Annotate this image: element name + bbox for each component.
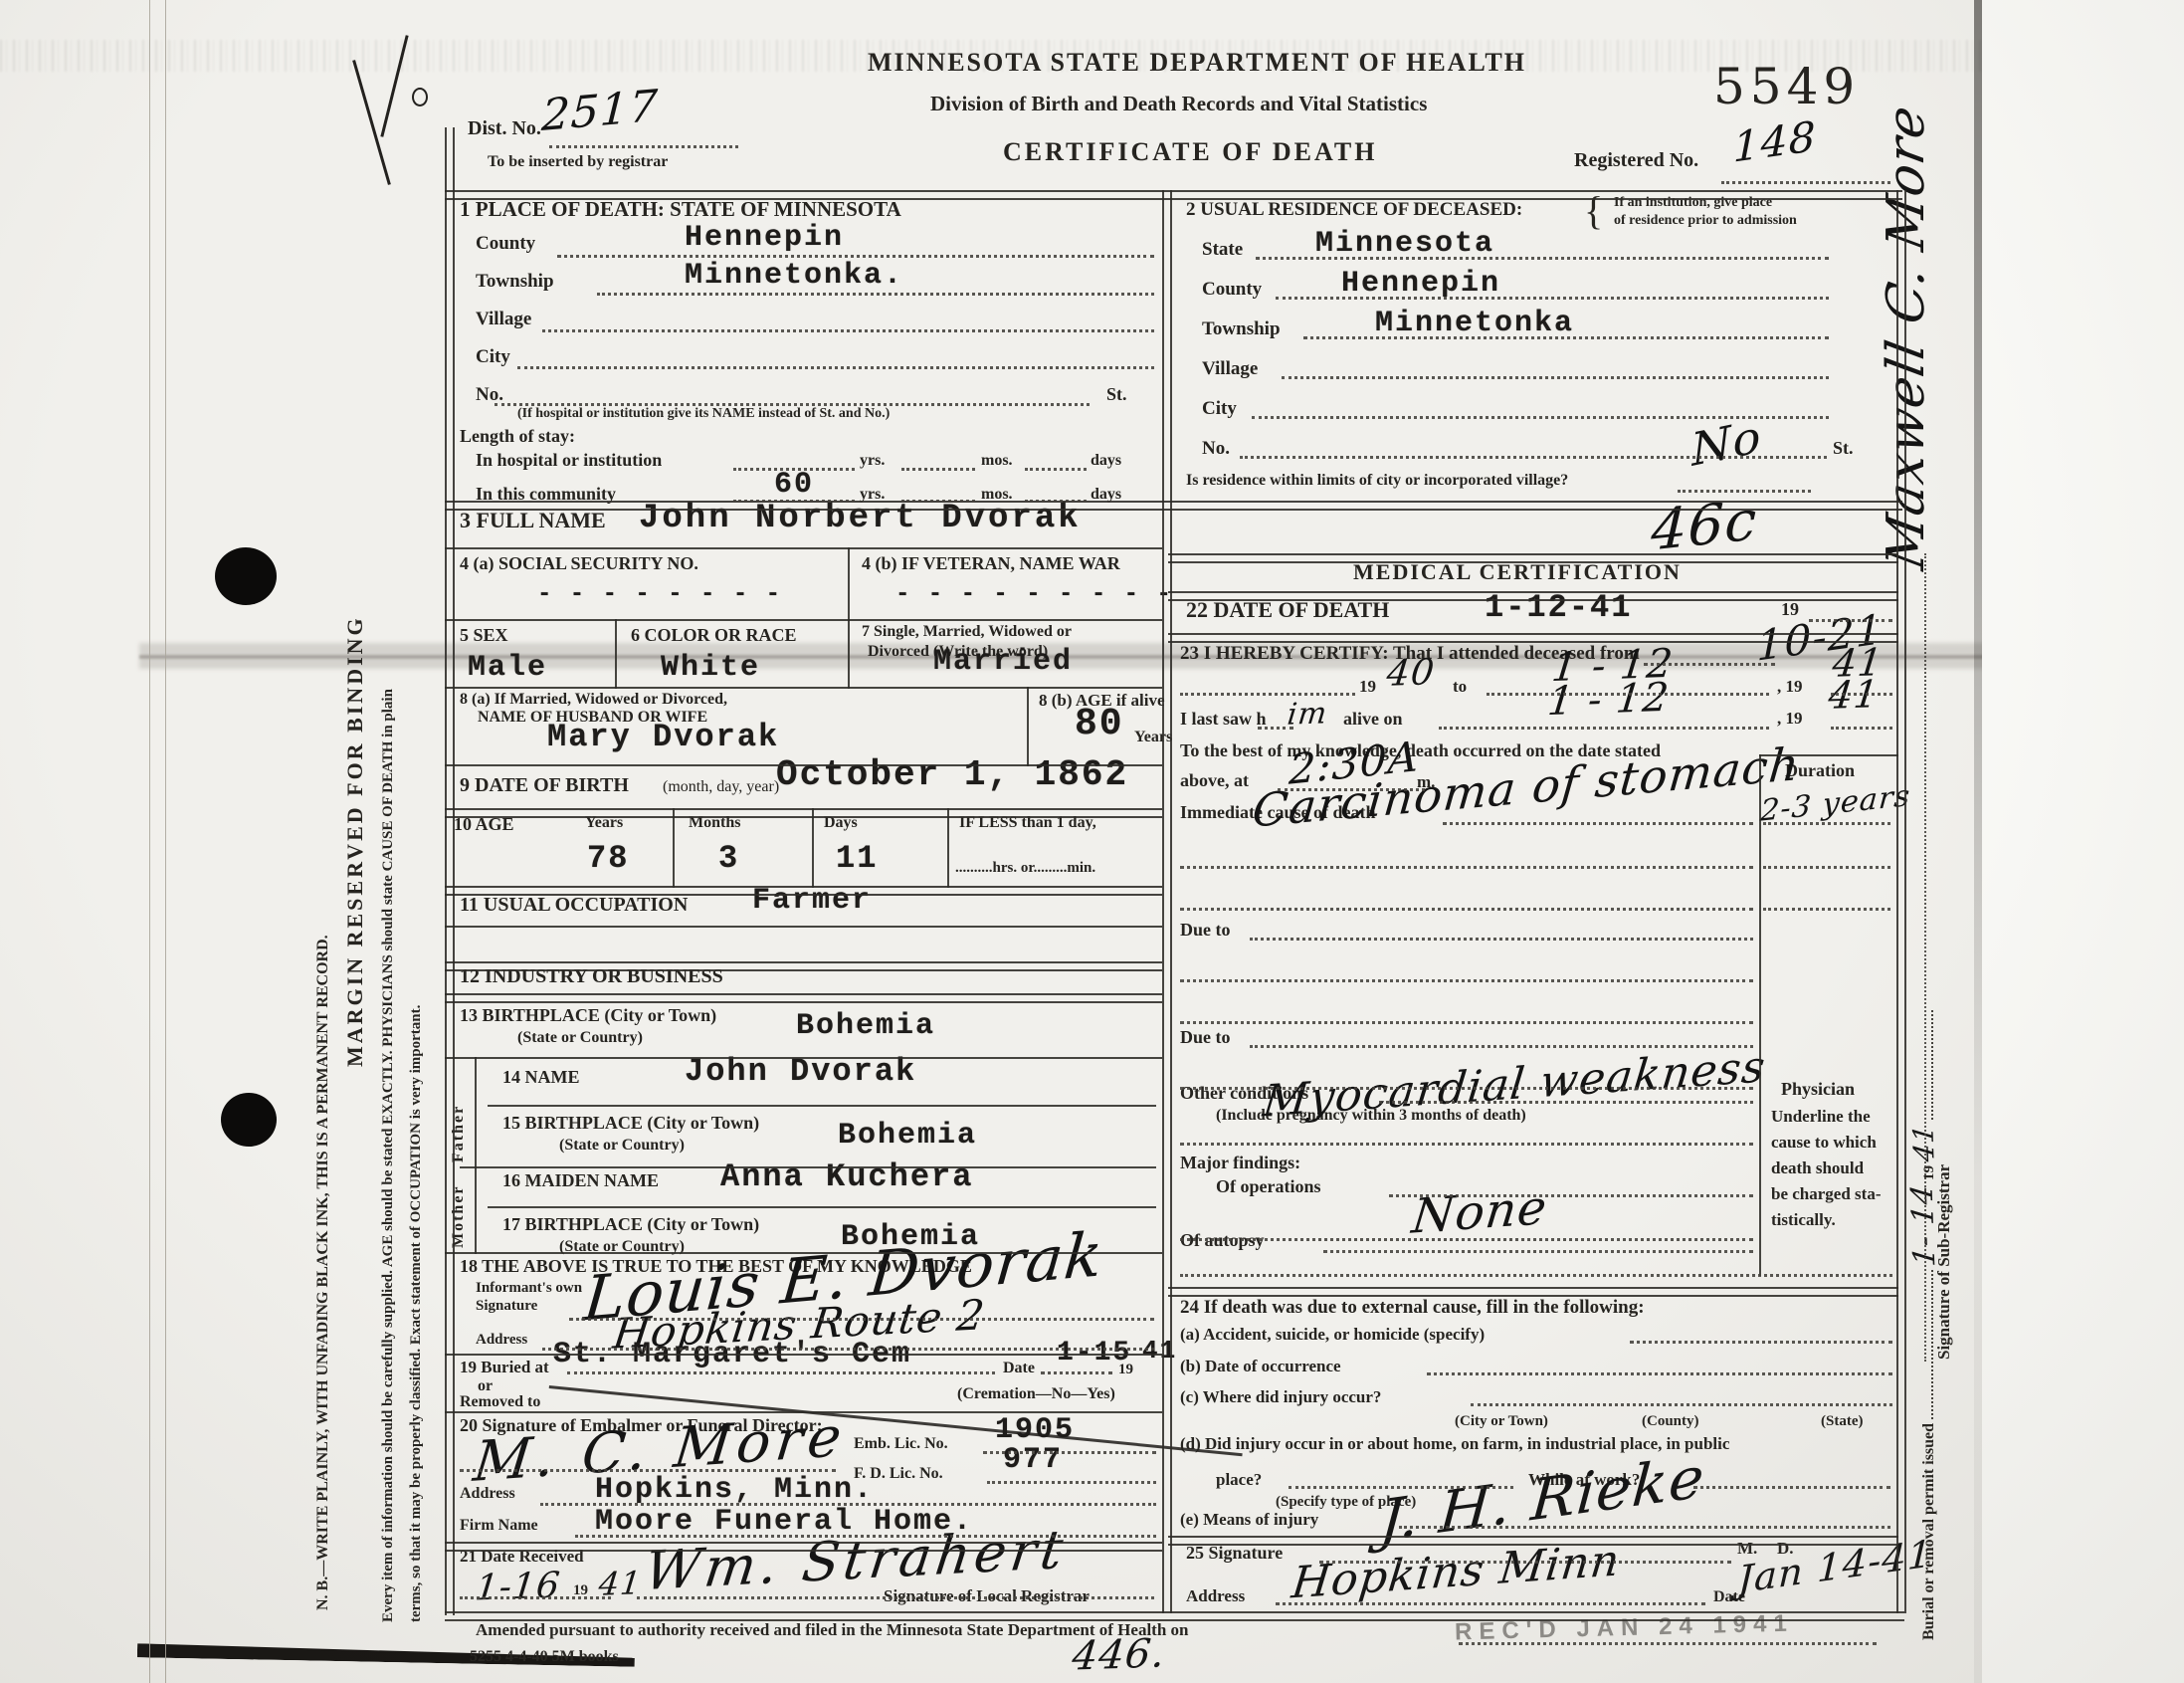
dotted-leader	[1379, 1101, 1753, 1104]
age-days-value: 11	[836, 840, 878, 877]
rule-line	[488, 1105, 1156, 1107]
rule-line	[445, 764, 1162, 766]
dotted-leader	[987, 1481, 1156, 1484]
dotted-leader	[540, 1503, 1156, 1506]
mother-bp-label: 17 BIRTHPLACE (City or Town)	[502, 1214, 759, 1235]
certificate-title: CERTIFICATE OF DEATH	[1003, 137, 1377, 167]
dotted-leader	[1252, 416, 1829, 419]
certificate-number: 5549	[1713, 58, 1860, 115]
embalmer-address-label: Address	[460, 1485, 515, 1503]
dotted-leader	[733, 500, 855, 503]
father-bp-label: 15 BIRTHPLACE (City or Town)	[502, 1113, 759, 1134]
rule-line	[445, 501, 1902, 511]
dotted-leader	[1180, 1087, 1753, 1090]
dotted-leader	[1276, 1602, 1705, 1605]
age-hrs-min: ..........hrs. or.........min.	[955, 860, 1095, 877]
pod-st-label: St.	[1106, 384, 1127, 405]
rule-vline	[848, 619, 850, 689]
due-to-label-1: Due to	[1180, 920, 1231, 941]
ssn-label: 4 (a) SOCIAL SECURITY NO.	[460, 553, 698, 574]
firm-name-label: Firm Name	[460, 1517, 538, 1535]
dotted-leader	[1471, 1403, 1892, 1406]
dotted-leader	[733, 468, 855, 471]
dotted-leader	[1278, 788, 1425, 791]
dotted-leader	[1644, 663, 1775, 666]
stay-hospital-days: days	[1091, 452, 1121, 470]
embalmer-address-value: Hopkins, Minn.	[595, 1473, 874, 1507]
physician-signature-label: 25 Signature	[1186, 1543, 1283, 1564]
res-state-value: Minnesota	[1315, 227, 1494, 261]
res-county-label: County	[1202, 279, 1262, 301]
dotted-leader	[637, 1596, 1154, 1599]
race-value: White	[661, 651, 760, 685]
burial-date-label: Date	[1003, 1360, 1035, 1377]
rule-line	[445, 687, 1162, 689]
dotted-leader	[1180, 979, 1753, 982]
dotted-leader	[1630, 1341, 1892, 1344]
external-c: (c) Where did injury occur?	[1180, 1387, 1381, 1407]
punch-hole-top	[215, 547, 277, 605]
stay-community-value: 60	[774, 468, 814, 502]
stay-hospital-mos: mos.	[981, 452, 1013, 470]
scan-outside-area	[1982, 0, 2184, 1683]
dotted-leader	[1763, 908, 1890, 911]
rule-vline	[812, 808, 814, 888]
attended-year1-label: 19	[1359, 677, 1376, 697]
rule-vline	[475, 1057, 477, 1254]
dotted-leader	[557, 255, 1154, 258]
dotted-leader	[542, 1348, 1154, 1351]
dotted-leader	[1443, 822, 1753, 825]
residence-note2: of residence prior to admission	[1614, 213, 1797, 229]
above-at-label: above, at	[1180, 770, 1249, 791]
buried-at-label: 19 Buried at	[460, 1358, 549, 1377]
last-saw-label-2: alive on	[1343, 709, 1403, 730]
dotted-leader	[1025, 468, 1087, 471]
dotted-leader	[597, 293, 1154, 296]
rule-line	[445, 808, 1162, 818]
dist-no-value: 2517	[540, 81, 660, 141]
dotted-leader	[1250, 938, 1753, 941]
stay-hospital-label: In hospital or institution	[476, 450, 662, 471]
dotted-leader	[567, 1371, 995, 1374]
dotted-leader	[542, 329, 1154, 332]
removed-to-label: Removed to	[460, 1393, 540, 1411]
rule-vline	[149, 0, 150, 1683]
place-of-death-heading: 1 PLACE OF DEATH: STATE OF MINNESOTA	[460, 197, 901, 222]
rule-line	[445, 547, 1162, 549]
age-if-alive-value: 80	[1075, 703, 1124, 745]
cremation-label: (Cremation—No—Yes)	[957, 1385, 1115, 1403]
dotted-leader	[1180, 1238, 1753, 1241]
external-a: (a) Accident, suicide, or homicide (spec…	[1180, 1325, 1485, 1345]
external-b: (b) Date of occurrence	[1180, 1357, 1341, 1376]
dob-label: 9 DATE OF BIRTH	[460, 774, 629, 797]
dotted-leader	[1303, 336, 1829, 339]
dob-sublabel: (month, day, year)	[663, 778, 779, 796]
physician-address-label: Address	[1186, 1586, 1245, 1606]
res-village-label: Village	[1202, 358, 1258, 380]
rule-line	[460, 1166, 1156, 1168]
file-code-handwritten: 46c	[1650, 489, 1758, 564]
registered-no-label: Registered No.	[1574, 149, 1698, 172]
external-cause-heading: 24 If death was due to external cause, f…	[1180, 1297, 1645, 1319]
pen-stroke-circle	[412, 88, 428, 106]
ssn-value: - - - - - - - -	[537, 581, 782, 608]
pod-county-value: Hennepin	[685, 221, 844, 255]
res-limits-answer: No	[1689, 409, 1763, 476]
dotted-leader	[1180, 1021, 1753, 1024]
informant-address-label: Address	[476, 1332, 527, 1349]
rule-line	[1168, 1287, 1898, 1297]
residence-heading: 2 USUAL RESIDENCE OF DECEASED:	[1186, 199, 1522, 221]
rule-vline	[1924, 553, 1926, 1362]
dotted-leader	[1180, 1274, 1892, 1277]
margin-note-info1: Every item of information should be care…	[380, 689, 397, 1622]
attended-to-label: to	[1453, 677, 1467, 697]
father-name-label: 14 NAME	[502, 1067, 580, 1088]
marital-label-1: 7 Single, Married, Widowed or	[862, 623, 1072, 641]
rule-line	[445, 1542, 1162, 1552]
birthplace-label: 13 BIRTHPLACE (City or Town)	[460, 1005, 716, 1026]
rule-line	[445, 1354, 1162, 1356]
rule-line	[445, 1057, 1162, 1059]
pod-township-label: Township	[476, 271, 554, 293]
emb-lic-value: 1905	[995, 1413, 1075, 1447]
dotted-leader	[1763, 866, 1890, 869]
pod-county-label: County	[476, 233, 535, 255]
external-d-place: place?	[1216, 1470, 1262, 1490]
dotted-leader	[1809, 619, 1892, 622]
rule-line	[445, 1252, 1162, 1254]
rule-vline	[1027, 687, 1029, 766]
dotted-leader	[1763, 822, 1890, 825]
spouse-label-1: 8 (a) If Married, Widowed or Divorced,	[460, 691, 727, 709]
last-saw-label-1: I last saw h	[1180, 709, 1267, 730]
death-certificate-scan: N. B.—WRITE PLAINLY, WITH UNFADING BLACK…	[0, 0, 2184, 1683]
attended-year1-value: 40	[1385, 652, 1437, 695]
dotted-leader	[1319, 1561, 1731, 1564]
punch-hole-bottom	[221, 1093, 277, 1147]
dotted-leader	[1276, 297, 1829, 300]
rule-line	[1168, 1536, 1898, 1546]
external-c-county: (County)	[1642, 1413, 1699, 1430]
rule-line	[1168, 553, 1898, 563]
dotted-leader	[1180, 908, 1753, 911]
full-name-label: 3 FULL NAME	[460, 508, 606, 533]
burial-year-pre: 19	[1118, 1362, 1133, 1378]
last-saw-year-label: , 19	[1777, 709, 1803, 729]
rule-line	[445, 619, 1162, 621]
race-label: 6 COLOR OR RACE	[631, 625, 797, 646]
dob-value: October 1, 1862	[776, 754, 1128, 795]
dotted-leader	[1250, 1045, 1753, 1048]
res-no-label: No.	[1202, 438, 1230, 460]
res-state-label: State	[1202, 239, 1243, 261]
dotted-leader	[1487, 693, 1769, 696]
rule-line	[488, 1206, 1156, 1208]
physician-note-2: cause to which	[1771, 1133, 1877, 1153]
dotted-leader	[1180, 1143, 1753, 1146]
rule-vline	[615, 619, 617, 689]
rule-vline	[848, 547, 850, 621]
rule-line	[445, 190, 1902, 200]
major-findings-label: Major findings:	[1180, 1153, 1300, 1173]
autopsy-value: None	[1409, 1179, 1549, 1244]
rule-vline	[445, 127, 455, 1615]
veteran-value: - - - - - - - - -	[895, 581, 1173, 608]
sex-label: 5 SEX	[460, 625, 508, 646]
age-years-value: 78	[587, 840, 629, 877]
last-saw-date: 1 - 12	[1545, 675, 1672, 725]
res-city-label: City	[1202, 398, 1237, 420]
birthplace-sublabel: (State or Country)	[517, 1029, 643, 1047]
father-bp-value: Bohemia	[838, 1119, 977, 1153]
physician-note-5: tistically.	[1771, 1210, 1836, 1230]
dotted-leader	[1258, 727, 1293, 730]
physician-note-4: be charged sta-	[1771, 1184, 1881, 1204]
pod-hospital-note: (If hospital or institution give its NAM…	[517, 406, 890, 422]
margin-note-binding: MARGIN RESERVED FOR BINDING	[342, 615, 368, 1067]
informant-label-1: Informant's own	[476, 1280, 582, 1297]
res-township-label: Township	[1202, 318, 1281, 340]
rule-vline	[947, 808, 949, 888]
fd-lic-value: 977	[1003, 1443, 1063, 1477]
dotted-leader	[1289, 1486, 1513, 1489]
age-months-value: 3	[718, 840, 739, 877]
dotted-leader	[517, 366, 1154, 369]
rule-line	[445, 886, 1162, 896]
rule-vline	[673, 808, 675, 888]
dotted-leader	[901, 468, 975, 471]
permit-dotted-leader-1	[1919, 1270, 1933, 1419]
dotted-leader	[460, 1469, 836, 1472]
rule-line	[445, 1411, 1162, 1413]
informant-label-2: Signature	[476, 1298, 537, 1315]
res-county-value: Hennepin	[1341, 267, 1500, 301]
physician-label: Physician	[1781, 1079, 1855, 1100]
dotted-leader	[1439, 727, 1769, 730]
dotted-leader	[1693, 1486, 1890, 1489]
date-received-value: 1-16	[474, 1566, 563, 1609]
dotted-leader	[1427, 1372, 1892, 1375]
dist-no-note: To be inserted by registrar	[488, 153, 668, 171]
dotted-leader	[1721, 181, 1890, 184]
permit-dotted-leader-2	[1919, 1010, 1933, 1120]
dotted-leader	[575, 1535, 1156, 1538]
external-c-state: (State)	[1821, 1413, 1863, 1430]
rule-vline	[1162, 190, 1172, 1613]
father-bp-sublabel: (State or Country)	[559, 1137, 685, 1155]
dotted-leader	[1459, 1642, 1877, 1645]
physician-note-3: death should	[1771, 1158, 1864, 1178]
pod-village-label: Village	[476, 309, 531, 330]
form-number: 5255 4-4-40 5M books	[470, 1648, 619, 1666]
attended-year2-label: , 19	[1777, 677, 1803, 697]
rule-line	[1759, 754, 1898, 756]
res-township-value: Minnetonka	[1375, 307, 1574, 340]
dotted-leader	[1256, 257, 1829, 260]
dotted-leader	[1678, 490, 1811, 493]
veteran-label: 4 (b) IF VETERAN, NAME WAR	[862, 553, 1120, 574]
dotted-leader	[549, 145, 738, 148]
rule-vline	[1896, 190, 1906, 1613]
dotted-leader	[1180, 693, 1355, 696]
physician-note-1: Underline the	[1771, 1107, 1871, 1127]
division-subtitle: Division of Birth and Death Records and …	[930, 92, 1427, 116]
pod-township-value: Minnetonka.	[685, 259, 903, 293]
mother-name-value: Anna Kuchera	[720, 1158, 973, 1195]
dotted-leader	[901, 500, 975, 503]
pod-city-label: City	[476, 346, 510, 368]
rule-vline	[1759, 754, 1761, 1276]
dotted-leader	[1399, 1526, 1890, 1529]
spouse-name-value: Mary Dvorak	[547, 719, 779, 755]
external-c-city: (City or Town)	[1455, 1413, 1548, 1430]
rule-line	[445, 926, 1162, 928]
length-of-stay-label: Length of stay:	[460, 426, 575, 447]
dotted-leader	[1831, 693, 1892, 696]
dotted-leader	[1282, 376, 1829, 379]
dist-no-label: Dist. No.	[468, 117, 541, 140]
dept-title: MINNESOTA STATE DEPARTMENT OF HEALTH	[868, 48, 1526, 78]
dotted-leader	[1041, 1371, 1112, 1374]
stay-hospital-yrs: yrs.	[860, 452, 885, 470]
dotted-leader	[1323, 1250, 1753, 1253]
page-number-handwritten: 446.	[1070, 1630, 1167, 1679]
dotted-leader	[569, 1318, 1154, 1321]
margin-note-info2: terms, so that it may be properly classi…	[408, 1005, 425, 1622]
external-e: (e) Means of injury	[1180, 1510, 1318, 1530]
rule-line	[1168, 591, 1898, 601]
of-operations-label: Of operations	[1216, 1176, 1321, 1197]
dotted-leader	[1831, 727, 1892, 730]
burial-permit-label: Burial or removal permit issued	[1920, 1423, 1937, 1640]
physician-address-value: Hopkins Minn	[1290, 1536, 1623, 1609]
occupation-label: 11 USUAL OCCUPATION	[460, 894, 688, 917]
res-st-label: St.	[1833, 438, 1854, 459]
rule-line	[445, 993, 1162, 1003]
rule-line	[445, 1611, 1904, 1621]
rule-line	[1168, 633, 1898, 643]
dotted-leader	[1389, 1194, 1753, 1197]
res-limits-label: Is residence within limits of city or in…	[1186, 472, 1568, 490]
dotted-leader	[1025, 500, 1087, 503]
rule-line	[445, 961, 1162, 971]
dotted-leader	[460, 1596, 611, 1599]
dotted-leader	[1240, 456, 1827, 459]
dotted-leader	[1180, 866, 1753, 869]
dotted-leader	[983, 1451, 1156, 1454]
dotted-leader	[495, 403, 1090, 406]
due-to-label-2: Due to	[1180, 1027, 1231, 1048]
sex-value: Male	[468, 651, 547, 685]
mother-name-label: 16 MAIDEN NAME	[502, 1170, 659, 1191]
rule-vline	[165, 0, 166, 1683]
registered-no-value: 148	[1733, 111, 1817, 171]
paper-right-edge	[1974, 0, 1982, 1683]
margin-note-nb: N. B.—WRITE PLAINLY, WITH UNFADING BLACK…	[314, 935, 332, 1610]
marital-value: Married	[933, 645, 1073, 679]
birthplace-value: Bohemia	[796, 1009, 935, 1043]
emb-lic-label: Emb. Lic. No.	[854, 1435, 948, 1453]
